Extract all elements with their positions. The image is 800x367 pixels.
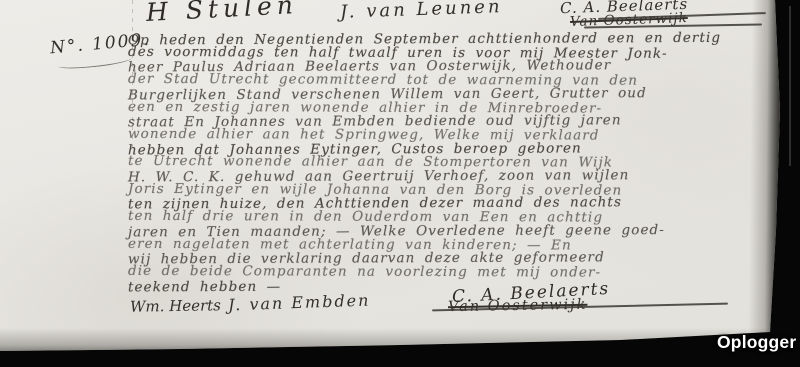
signature-bottom-van-embden: J. van Embden bbox=[228, 291, 371, 315]
document-page: N°. 1009. H Stulen J. van Leunen C. A. B… bbox=[0, 0, 800, 367]
film-edge-streak bbox=[789, 6, 791, 166]
oplogger-watermark: Oplogger bbox=[717, 332, 796, 353]
signature-top-stulen: H Stulen bbox=[145, 0, 298, 27]
scanned-document-viewport: N°. 1009. H Stulen J. van Leunen C. A. B… bbox=[0, 0, 800, 367]
page-right-edge-shadow bbox=[748, 0, 788, 344]
act-body-text: Op heden den Negentienden September acht… bbox=[128, 33, 778, 293]
signature-top-van-leunen: J. van Leunen bbox=[340, 0, 503, 23]
signature-bottom-heerts: Wm. Heerts bbox=[130, 296, 221, 316]
page-bottom-edge-shadow bbox=[0, 328, 780, 354]
